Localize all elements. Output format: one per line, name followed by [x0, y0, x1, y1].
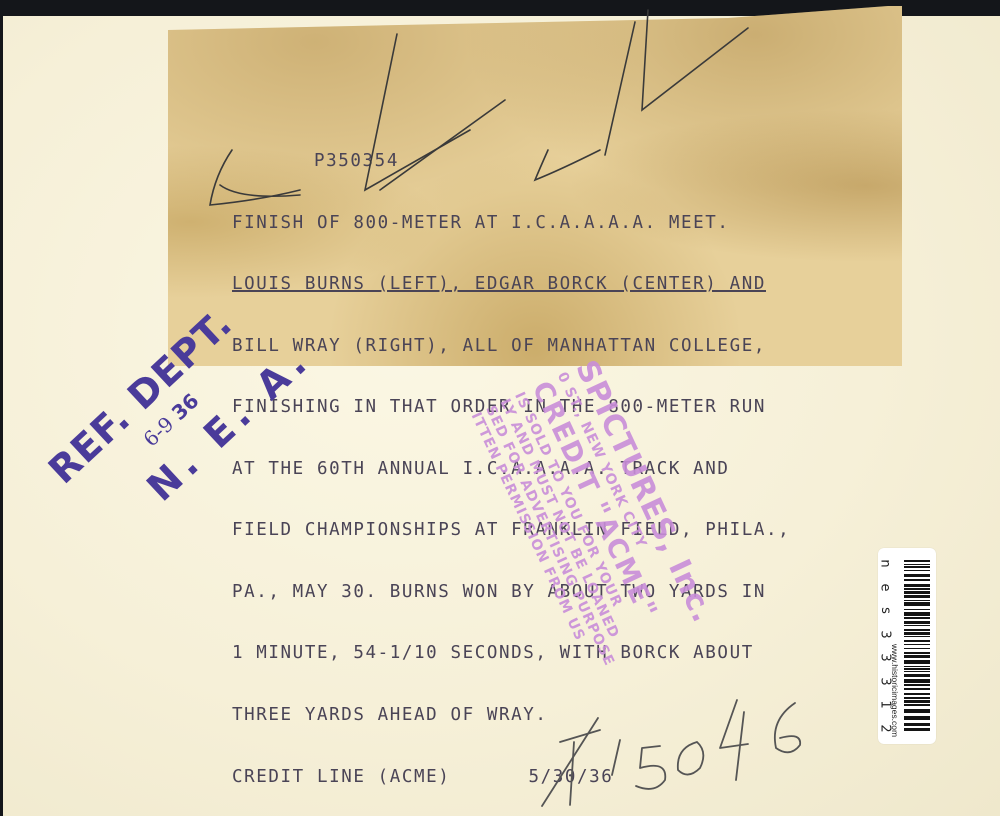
barcode-digit: 3 — [878, 630, 893, 638]
caption-line-1: FINISH OF 800-METER AT I.C.A.A.A.A. MEET… — [232, 213, 892, 234]
photo-code: P350354 — [232, 151, 892, 172]
credit-row: CREDIT LINE (ACME) 5/30/36 — [232, 767, 892, 788]
caption-line-8: 1 MINUTE, 54-1/10 SECONDS, WITH BORCK AB… — [232, 643, 892, 664]
credit-line: CREDIT LINE (ACME) — [232, 767, 450, 788]
barcode-digit: s — [878, 607, 893, 614]
barcode-label: nes33312 www.historicimages.com — [878, 548, 936, 744]
barcode-url: www.historicimages.com — [890, 644, 900, 737]
caption-line-9: THREE YARDS AHEAD OF WRAY. — [232, 705, 892, 726]
barcode-digit: n — [878, 559, 893, 567]
caption-line-3: BILL WRAY (RIGHT), ALL OF MANHATTAN COLL… — [232, 336, 892, 357]
barcode-bars — [904, 560, 930, 734]
barcode-digit: e — [878, 583, 893, 591]
caption-line-2: LOUIS BURNS (LEFT), EDGAR BORCK (CENTER)… — [232, 274, 892, 295]
caption-date: 5/30/36 — [528, 767, 613, 788]
